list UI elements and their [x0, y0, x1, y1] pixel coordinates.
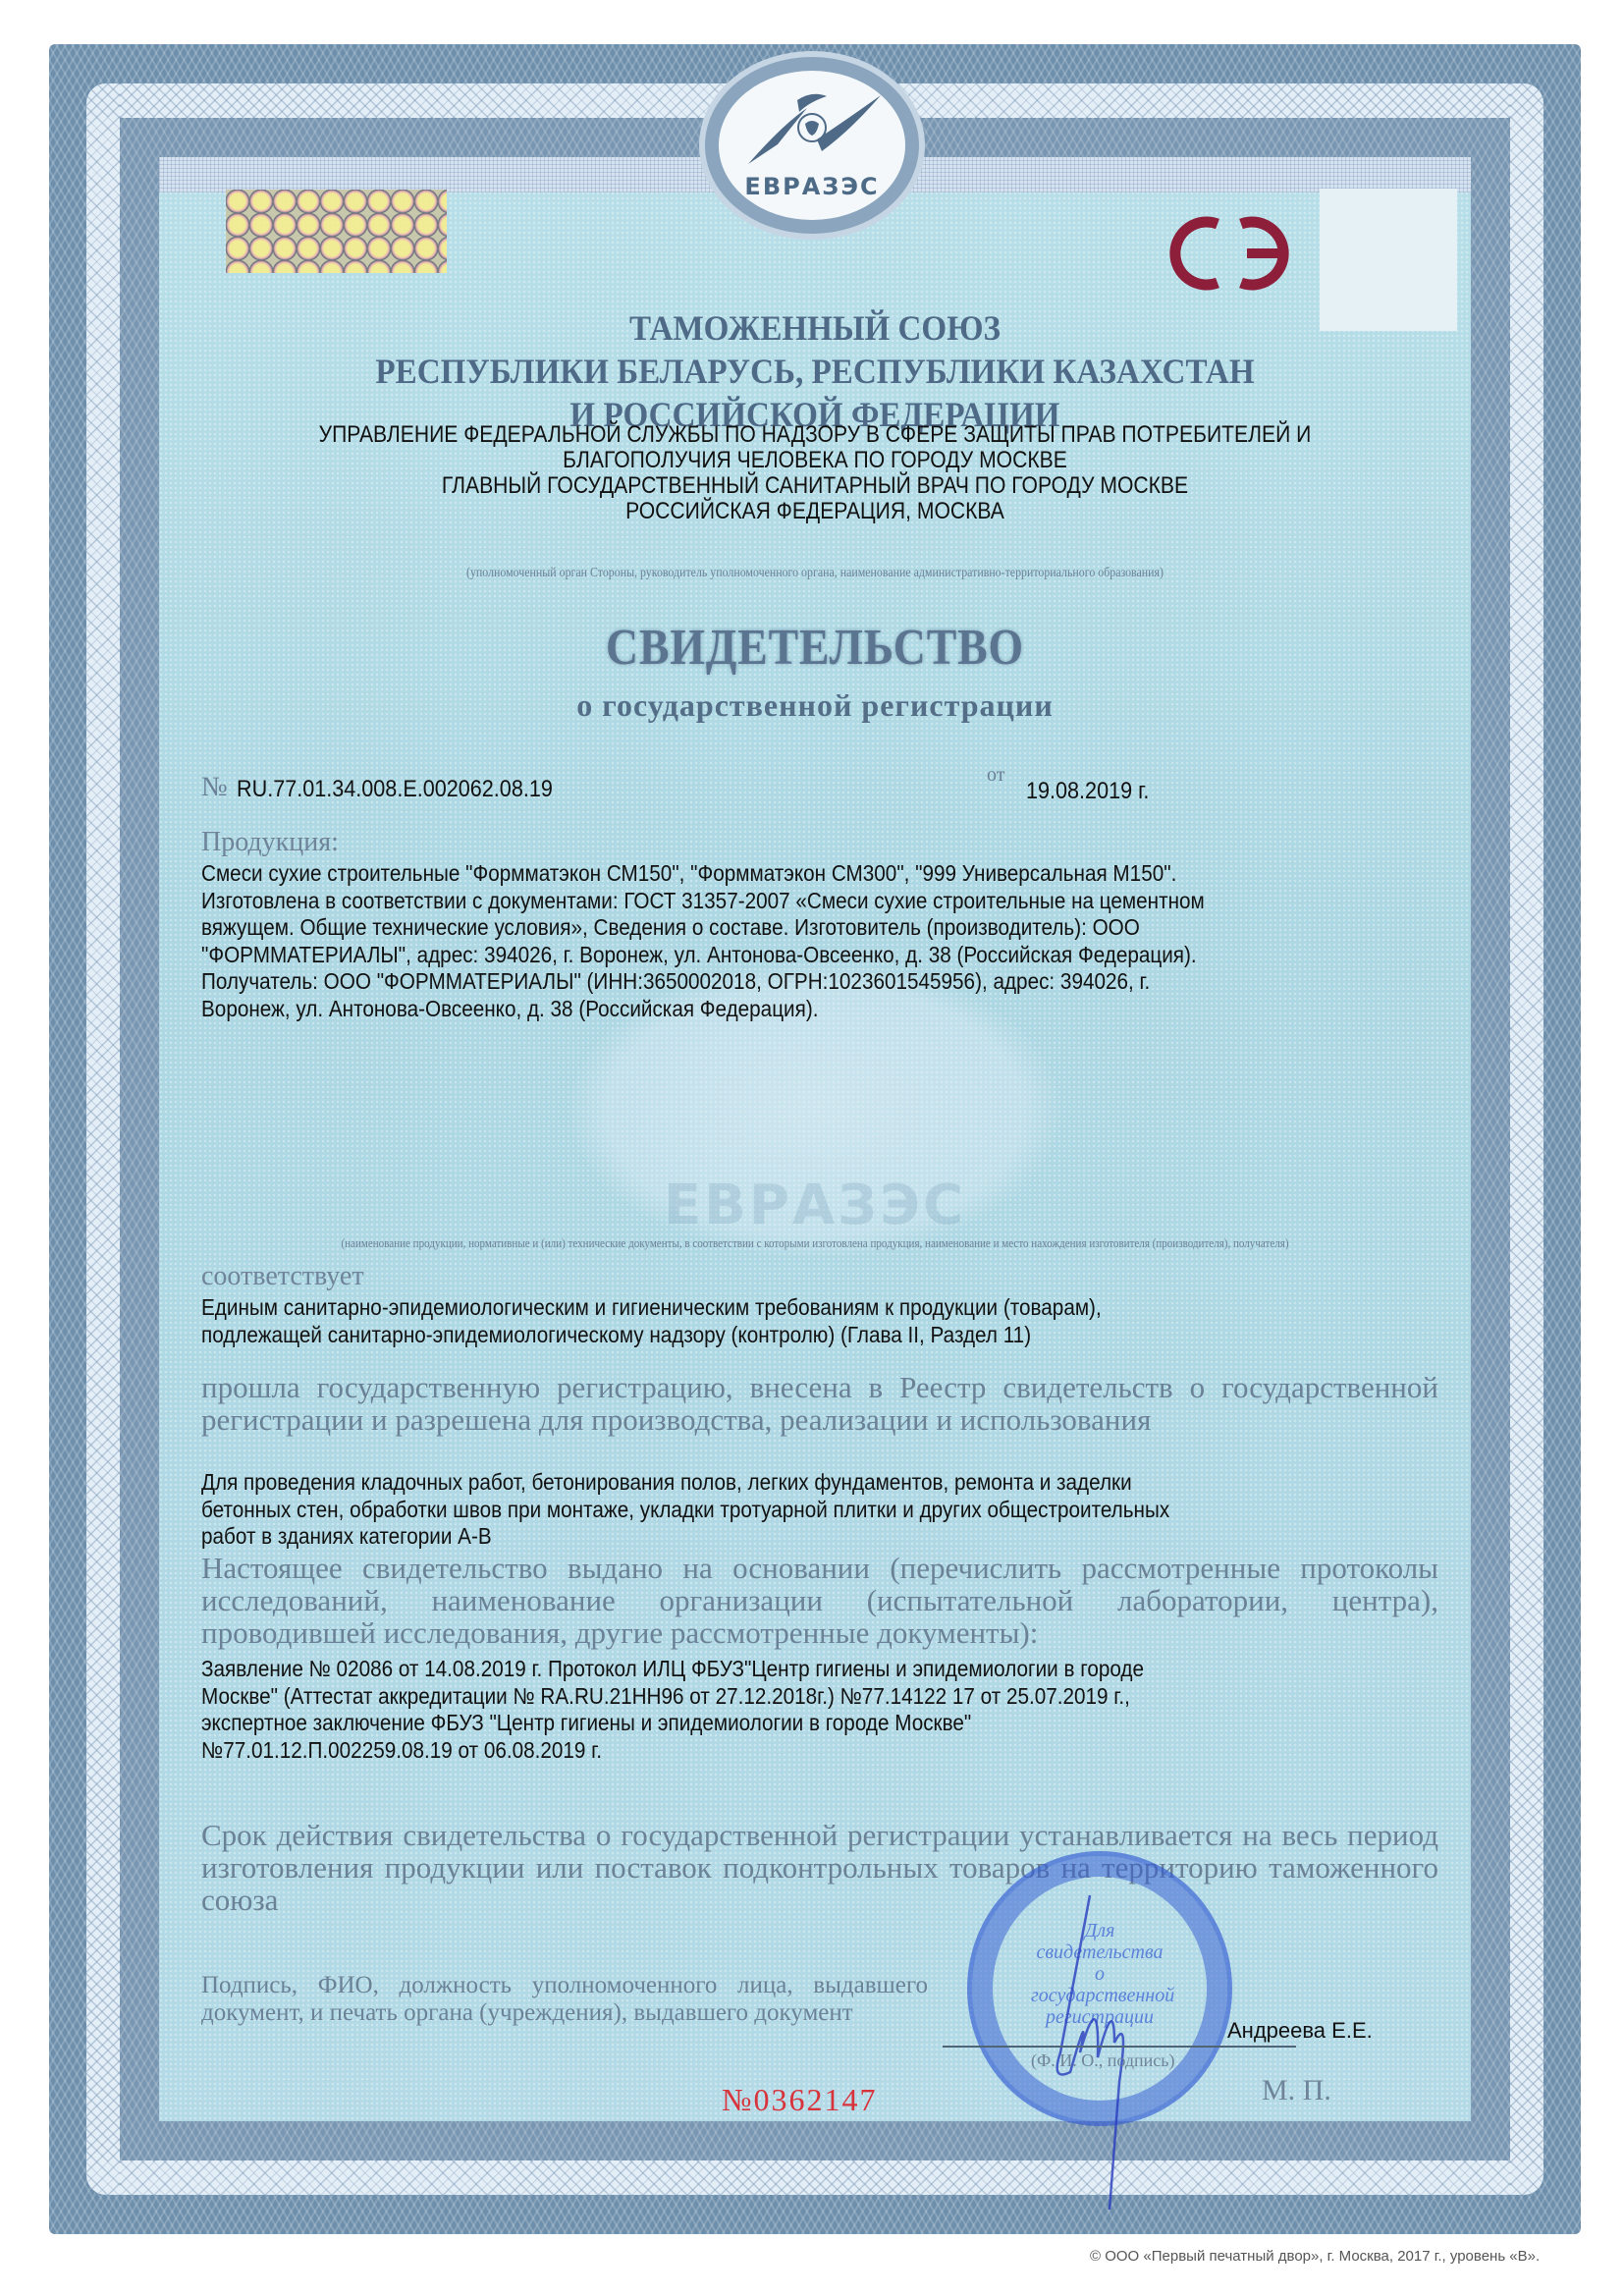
certificate-title: СВИДЕТЕЛЬСТВО: [271, 619, 1360, 677]
usage-line: бетонных стен, обработки швов при монтаж…: [201, 1497, 1447, 1524]
basis-documents: Заявление № 02086 от 14.08.2019 г. Прото…: [201, 1656, 1447, 1764]
authority-line: РОССИЙСКАЯ ФЕДЕРАЦИЯ, МОСКВА: [271, 499, 1360, 524]
authority-line: БЛАГОПОЛУЧИЯ ЧЕЛОВЕКА ПО ГОРОДУ МОСКВЕ: [271, 448, 1360, 473]
registration-number: RU.77.01.34.008.Е.002062.08.19: [237, 776, 553, 803]
conformity-line: Единым санитарно-эпидемиологическим и ги…: [201, 1294, 1447, 1322]
product-label: Продукция:: [201, 827, 339, 858]
basis-line: Москве" (Аттестат аккредитации № RA.RU.2…: [201, 1683, 1447, 1711]
product-description: Смеси сухие строительные "Формматэкон СМ…: [201, 860, 1447, 1022]
conformity-line: подлежащей санитарно-эпидемиологическому…: [201, 1322, 1447, 1349]
authority-caption: (уполномоченный орган Стороны, руководит…: [331, 566, 1299, 581]
basis-line: №77.01.12.П.002259.08.19 от 06.08.2019 г…: [201, 1737, 1447, 1765]
product-line: Изготовлена в соответствии с документами…: [201, 888, 1447, 915]
registration-date: 19.08.2019 г.: [1026, 778, 1149, 805]
usage-line: Для проведения кладочных работ, бетониро…: [201, 1469, 1447, 1497]
union-line: ТАМОЖЕННЫЙ СОЮЗ: [245, 306, 1383, 350]
eurasec-emblem: ЕВРАЗЭС: [705, 57, 919, 234]
watermark-label: ЕВРАЗЭС: [628, 1174, 1001, 1237]
date-label: от: [987, 764, 1004, 787]
registration-number-row: № RU.77.01.34.008.Е.002062.08.19 от 19.0…: [201, 772, 1429, 811]
conformity-mark-se: [1161, 208, 1300, 299]
signature-line: [943, 2046, 1296, 2048]
seal-place-label: М. П.: [1262, 2074, 1331, 2107]
emblem-label: ЕВРАЗЭС: [744, 173, 879, 200]
hologram-sticker: [226, 190, 447, 273]
union-line: РЕСПУБЛИКИ БЕЛАРУСЬ, РЕСПУБЛИКИ КАЗАХСТА…: [245, 350, 1383, 393]
issuing-authority: УПРАВЛЕНИЕ ФЕДЕРАЛЬНОЙ СЛУЖБЫ ПО НАДЗОРУ…: [271, 422, 1360, 524]
conformity-label: соответствует: [201, 1261, 364, 1292]
signer-name: Андреева Е.Е.: [1227, 2018, 1373, 2044]
number-sign: №: [201, 772, 228, 803]
authority-line: УПРАВЛЕНИЕ ФЕДЕРАЛЬНОЙ СЛУЖБЫ ПО НАДЗОРУ…: [271, 422, 1360, 448]
conformity-requirements: Единым санитарно-эпидемиологическим и ги…: [201, 1294, 1447, 1348]
basis-line: экспертное заключение ФБУЗ "Центр гигиен…: [201, 1710, 1447, 1737]
eurasec-logo-icon: [738, 90, 886, 169]
handwritten-signature-icon: [1021, 1886, 1198, 2210]
product-line: вяжущем. Общие технические условия», Све…: [201, 914, 1447, 942]
product-line: Воронеж, ул. Антонова-Овсеенко, д. 38 (Р…: [201, 996, 1447, 1023]
product-caption: (наименование продукции, нормативные и (…: [290, 1235, 1341, 1251]
basis-statement: Настоящее свидетельство выдано на основа…: [201, 1552, 1438, 1649]
fio-caption: (Ф. И. О., подпись): [1031, 2050, 1174, 2071]
usage-scope: Для проведения кладочных работ, бетониро…: [201, 1469, 1447, 1551]
blank-serial-number: №0362147: [722, 2082, 878, 2118]
product-line: "ФОРММАТЕРИАЛЫ", адрес: 394026, г. Ворон…: [201, 942, 1447, 969]
signature-statement: Подпись, ФИО, должность уполномоченного …: [201, 1972, 928, 2027]
registration-statement: прошла государственную регистрацию, внес…: [201, 1371, 1438, 1436]
product-line: Смеси сухие строительные "Формматэкон СМ…: [201, 860, 1447, 888]
usage-line: работ в зданиях категории А-В: [201, 1523, 1447, 1551]
validity-statement: Срок действия свидетельства о государств…: [201, 1819, 1438, 1916]
customs-union-title: ТАМОЖЕННЫЙ СОЮЗ РЕСПУБЛИКИ БЕЛАРУСЬ, РЕС…: [245, 306, 1383, 436]
basis-line: Заявление № 02086 от 14.08.2019 г. Прото…: [201, 1656, 1447, 1683]
certificate-subtitle: о государственной регистрации: [196, 687, 1434, 724]
printer-imprint: © ООО «Первый печатный двор», г. Москва,…: [1090, 2248, 1540, 2265]
se-logo-icon: [1161, 208, 1300, 299]
authority-line: ГЛАВНЫЙ ГОСУДАРСТВЕННЫЙ САНИТАРНЫЙ ВРАЧ …: [271, 473, 1360, 499]
product-line: Получатель: ООО "ФОРММАТЕРИАЛЫ" (ИНН:365…: [201, 968, 1447, 996]
